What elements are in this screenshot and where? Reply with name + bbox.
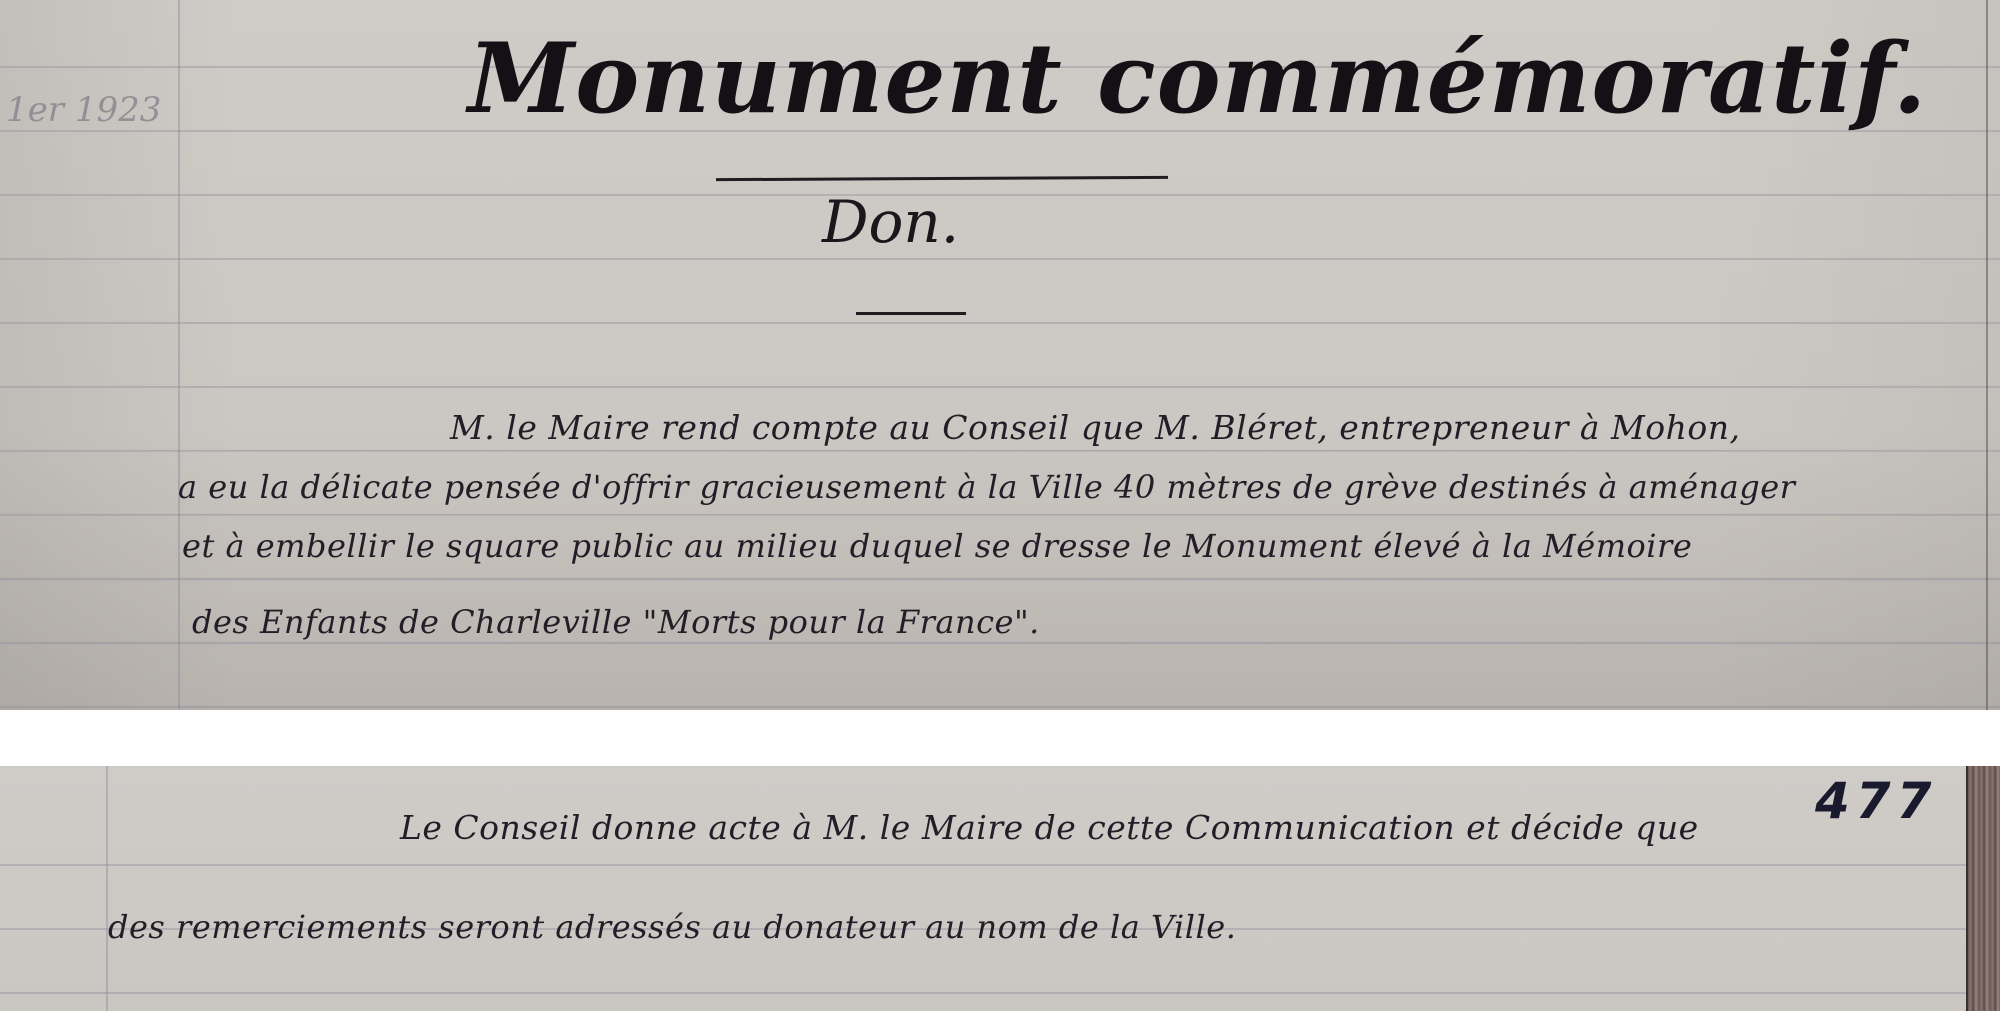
paragraph-line: des Enfants de Charleville "Morts pour l… bbox=[192, 603, 1040, 641]
margin-date-note: 1er 1923 bbox=[6, 90, 161, 130]
paragraph-line: des remerciements seront adressés au don… bbox=[108, 908, 1236, 946]
document-canvas: 1er 1923 Monument commémoratif. Don. M. … bbox=[0, 0, 2000, 1011]
page-number: 477 bbox=[1815, 772, 1937, 830]
register-page-bottom bbox=[0, 766, 2000, 1011]
margin-line bbox=[106, 766, 108, 1011]
register-page-top: 1er 1923 Monument commémoratif. Don. M. … bbox=[0, 0, 2000, 710]
ruled-lines bbox=[0, 766, 2000, 1011]
paragraph-line: M. le Maire rend compte au Conseil que M… bbox=[450, 408, 1741, 447]
page-title: Monument commémoratif. bbox=[468, 22, 1927, 135]
book-binding bbox=[1966, 766, 2000, 1011]
margin-line bbox=[178, 0, 180, 710]
paragraph-line: Le Conseil donne acte à M. le Maire de c… bbox=[400, 808, 1699, 847]
paragraph-line: et à embellir le square public au milieu… bbox=[182, 527, 1692, 565]
page-subtitle: Don. bbox=[822, 188, 959, 256]
page-edge bbox=[1986, 0, 1988, 710]
subtitle-underline bbox=[856, 312, 966, 315]
paragraph-line: a eu la délicate pensée d'offrir gracieu… bbox=[178, 468, 1795, 506]
